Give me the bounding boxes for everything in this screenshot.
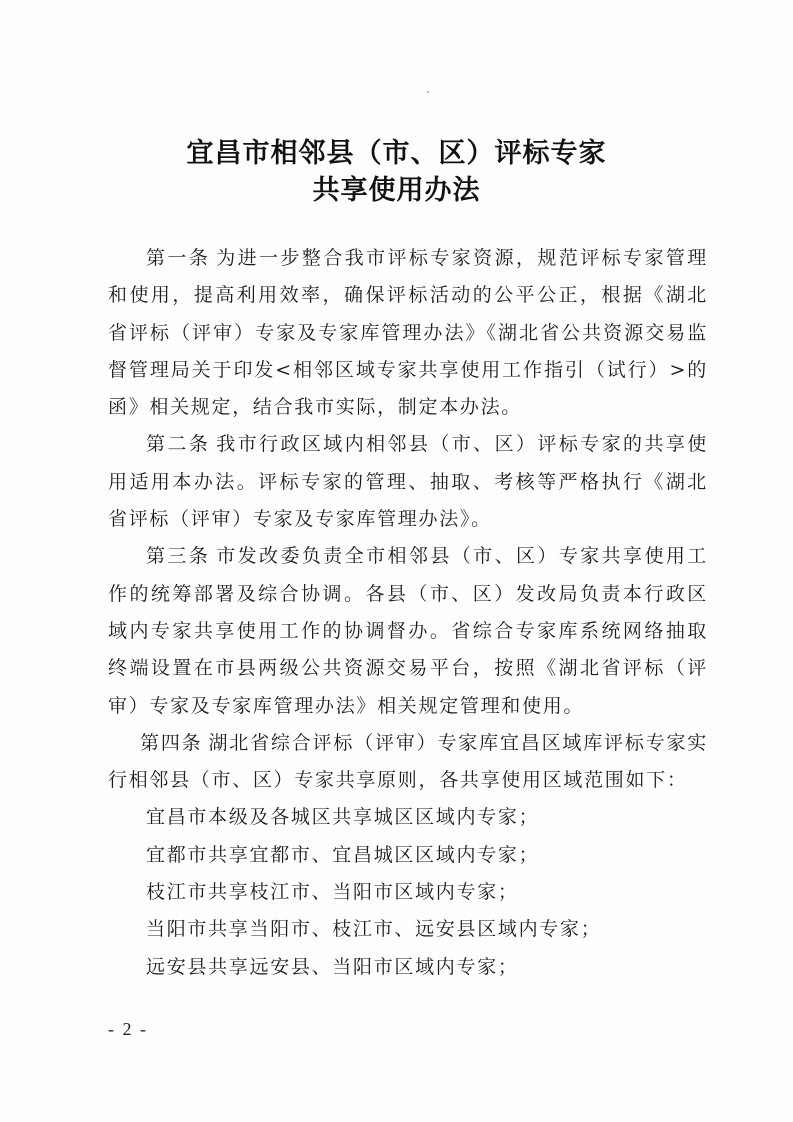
- sharing-region-item: 枝江市共享枝江市、当阳市区域内专家；: [108, 874, 708, 911]
- sharing-region-item: 当阳市共享当阳市、枝江市、远安县区域内专家；: [108, 911, 708, 948]
- article-text: 为进一步整合我市评标专家资源，规范评标专家管理和使用，提高利用效率，确保评标活动…: [108, 247, 708, 418]
- document-body: 第一条为进一步整合我市评标专家资源，规范评标专家管理和使用，提高利用效率，确保评…: [108, 240, 708, 986]
- document-title-line-2: 共享使用办法: [0, 168, 793, 207]
- document-title-line-1: 宜昌市相邻县（市、区）评标专家: [0, 131, 793, 170]
- page-number: - 2 -: [108, 1019, 148, 1040]
- article-label: 第四条: [140, 732, 202, 754]
- document-page: 宜昌市相邻县（市、区）评标专家 共享使用办法 第一条为进一步整合我市评标专家资源…: [0, 0, 793, 1122]
- sharing-region-item: 远安县共享远安县、当阳市区域内专家；: [108, 949, 708, 986]
- sharing-region-item: 宜昌市本级及各城区共享城区区域内专家；: [108, 799, 708, 836]
- article-label: 第三条: [146, 545, 210, 567]
- article-text: 市发改委负责全市相邻县（市、区）专家共享使用工作的统筹部署及综合协调。各县（市、…: [108, 545, 708, 716]
- article-2: 第二条我市行政区域内相邻县（市、区）评标专家的共享使用适用本办法。评标专家的管理…: [108, 426, 708, 538]
- scan-speck: [427, 91, 429, 93]
- sharing-region-item: 宜都市共享宜都市、宜昌城区区域内专家；: [108, 837, 708, 874]
- article-3: 第三条市发改委负责全市相邻县（市、区）专家共享使用工作的统筹部署及综合协调。各县…: [108, 538, 708, 724]
- article-label: 第二条: [146, 433, 210, 455]
- article-4: 第四条湖北省综合评标（评审）专家库宜昌区域库评标专家实行相邻县（市、区）专家共享…: [108, 725, 708, 800]
- article-1: 第一条为进一步整合我市评标专家资源，规范评标专家管理和使用，提高利用效率，确保评…: [108, 240, 708, 426]
- article-label: 第一条: [146, 247, 210, 269]
